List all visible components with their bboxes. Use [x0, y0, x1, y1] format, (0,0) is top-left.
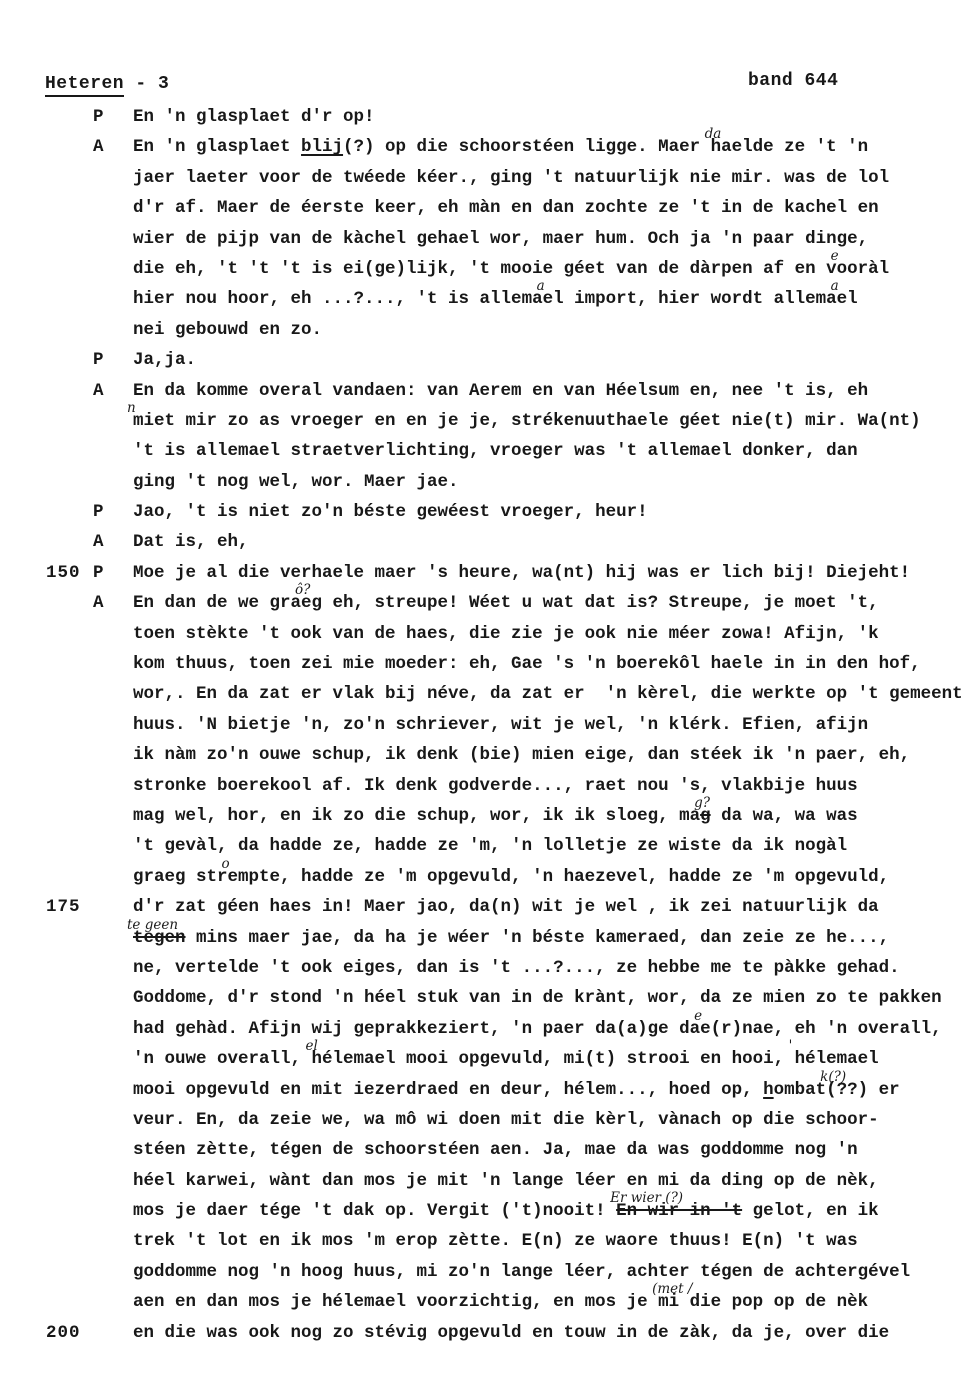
line-text: had gehàd. Afijn wij geprakkeziert, 'n p…: [133, 1014, 973, 1044]
speaker-label: [93, 740, 133, 770]
line-text: graeg stroempte, hadde ze 'm opgevuld, '…: [133, 862, 973, 892]
speaker-label: [93, 1105, 133, 1135]
typed-text: hélemael: [795, 1049, 879, 1069]
line-number: [0, 1287, 93, 1317]
line-number: [0, 193, 93, 223]
typed-text: 't gevàl, da hadde ze, hadde ze 'm, 'n l…: [133, 836, 847, 856]
transcript-line: PEn 'n glasplaet d'r op!: [0, 102, 973, 132]
line-number: [0, 1257, 93, 1287]
typed-text: haelde ze 't 'n: [711, 137, 869, 157]
typed-text: ik nàm zo'n ouwe schup, ik denk (bie) mi…: [133, 745, 910, 765]
line-text: En da komme overal vandaen: van Aerem en…: [133, 376, 973, 406]
speaker-label: [93, 1014, 133, 1044]
line-text: d'r af. Maer de éerste keer, eh màn en d…: [133, 193, 973, 223]
transcript-line: hier nou hoor, eh ...?..., 't is allemaa…: [0, 284, 973, 314]
line-text: Jao, 't is niet zo'n béste gewéest vroeg…: [133, 497, 973, 527]
typed-text: jaer laeter voor de twéede kéer., ging '…: [133, 168, 889, 188]
speaker-label: [93, 1135, 133, 1165]
speaker-label: [93, 436, 133, 466]
transcript-line: nei gebouwd en zo.: [0, 315, 973, 345]
speaker-label: [93, 1196, 133, 1226]
line-number: [0, 1044, 93, 1074]
transcript-line: stéen zètte, tégen de schoorstéen aen. J…: [0, 1135, 973, 1165]
transcript-line: graeg stroempte, hadde ze 'm opgevuld, '…: [0, 862, 973, 892]
line-number: [0, 497, 93, 527]
transcript-line: aen en dan mos je hélemael voorzichtig, …: [0, 1287, 973, 1317]
speaker-label: [93, 953, 133, 983]
speaker-label: P: [93, 345, 133, 375]
transcript-line: PJao, 't is niet zo'n béste gewéest vroe…: [0, 497, 973, 527]
speaker-label: [93, 284, 133, 314]
speaker-label: [93, 831, 133, 861]
line-number: 150: [0, 558, 93, 588]
document-page: Heteren - 3 band 644 PEn 'n glasplaet d'…: [0, 0, 973, 1391]
transcript-line: wor,. En da zat er vlak bij néve, da zat…: [0, 679, 973, 709]
typed-text: héel karwei, wànt dan mos je mit 'n lang…: [133, 1171, 879, 1191]
typed-text: had gehàd. Afijn wij geprakkeziert, 'n p…: [133, 1019, 700, 1039]
speaker-label: [93, 1166, 133, 1196]
speaker-label: [93, 710, 133, 740]
underlined-text: h: [763, 1080, 774, 1100]
speaker-label: P: [93, 558, 133, 588]
transcript-line: veur. En, da zeie we, wa mô wi doen mit …: [0, 1105, 973, 1135]
speaker-label: [93, 254, 133, 284]
typed-text: ne, vertelde 't ook eiges, dan is 't ...…: [133, 958, 900, 978]
line-number: [0, 1014, 93, 1044]
line-text: stéen zètte, tégen de schoorstéen aen. J…: [133, 1135, 973, 1165]
speaker-label: A: [93, 527, 133, 557]
typed-text: huus. 'N bietje 'n, zo'n schriever, wit …: [133, 715, 868, 735]
transcript-line: kom thuus, toen zei mie moeder: eh, Gae …: [0, 649, 973, 679]
line-number: [0, 983, 93, 1013]
line-number: [0, 284, 93, 314]
line-number: [0, 527, 93, 557]
transcript-line: AEn dan de we graô?eg eh, streupe! Wéet …: [0, 588, 973, 618]
transcript-line: goddomme nog 'n hoog huus, mi zo'n lange…: [0, 1257, 973, 1287]
transcript-line: 150PMoe je al die verhaele maer 's heure…: [0, 558, 973, 588]
line-number: [0, 102, 93, 132]
transcript-line: mos je daer tége 't dak op. Vergit ('t)n…: [0, 1196, 973, 1226]
typed-text: aen en dan mos je hélemael voorzichtig, …: [133, 1292, 658, 1312]
transcript-line: 't is allemael straetverlichting, vroege…: [0, 436, 973, 466]
line-number: 200: [0, 1318, 93, 1348]
line-text: héel karwei, wànt dan mos je mit 'n lang…: [133, 1166, 973, 1196]
typed-text: graeg str: [133, 867, 228, 887]
line-text: Goddome, d'r stond 'n héel stuk van in d…: [133, 983, 973, 1013]
line-number: [0, 224, 93, 254]
line-number: [0, 923, 93, 953]
line-text: veur. En, da zeie we, wa mô wi doen mit …: [133, 1105, 973, 1135]
typed-text: mooi opgevuld en mit iezerdraed en deur,…: [133, 1080, 763, 1100]
speaker-label: [93, 1044, 133, 1074]
line-number: [0, 406, 93, 436]
typed-text: el import, hier wordt allema: [543, 289, 837, 309]
line-text: aen en dan mos je hélemael voorzichtig, …: [133, 1287, 973, 1317]
transcript-line: héel karwei, wànt dan mos je mit 'n lang…: [0, 1166, 973, 1196]
transcript-line: 200en die was ook nog zo stévig opgevuld…: [0, 1318, 973, 1348]
line-number: [0, 771, 93, 801]
line-number: [0, 315, 93, 345]
typed-text: el: [837, 289, 858, 309]
line-number: [0, 132, 93, 162]
line-text: mos je daer tége 't dak op. Vergit ('t)n…: [133, 1196, 973, 1226]
typed-text: trek 't lot en ik mos 'm erop zètte. E(n…: [133, 1231, 858, 1251]
line-number: [0, 1226, 93, 1256]
underlined-text: blij: [301, 137, 343, 157]
speaker-label: A: [93, 588, 133, 618]
transcript-line: toen stèkte 't ook van de haes, die zie …: [0, 619, 973, 649]
transcript-line: mag wel, hor, en ik zo die schup, wor, i…: [0, 801, 973, 831]
line-text: trek 't lot en ik mos 'm erop zètte. E(n…: [133, 1226, 973, 1256]
typed-text: goddomme nog 'n hoog huus, mi zo'n lange…: [133, 1262, 910, 1282]
line-text: mag wel, hor, en ik zo die schup, wor, i…: [133, 801, 973, 831]
page-title-number: - 3: [124, 74, 169, 94]
typed-text: (?) op die schoorstéen ligge. Maer: [343, 137, 711, 157]
line-text: jaer laeter voor de twéede kéer., ging '…: [133, 163, 973, 193]
speaker-label: [93, 862, 133, 892]
typed-text: Dat is, eh,: [133, 532, 249, 552]
speaker-label: [93, 193, 133, 223]
transcript-line: ging 't nog wel, wor. Maer jae.: [0, 467, 973, 497]
speaker-label: [93, 1075, 133, 1105]
line-text: wor,. En da zat er vlak bij néve, da zat…: [133, 679, 973, 709]
speaker-label: [93, 679, 133, 709]
speaker-label: [93, 619, 133, 649]
typed-text: wier de pijp van de kàchel gehael wor, m…: [133, 229, 868, 249]
line-number: [0, 831, 93, 861]
typed-text: ombat: [774, 1080, 827, 1100]
typed-text: mag wel, hor, en ik zo die schup, wor, i…: [133, 806, 700, 826]
line-number: [0, 1075, 93, 1105]
line-number: [0, 376, 93, 406]
typed-text: 'n ouwe overall,: [133, 1049, 312, 1069]
line-text: wier de pijp van de kàchel gehael wor, m…: [133, 224, 973, 254]
typed-text: hélemael mooi opgevuld, mi(t) strooi en …: [312, 1049, 795, 1069]
line-text: te geentegen mins maer jae, da ha je wée…: [133, 923, 973, 953]
transcript-line: wier de pijp van de kàchel gehael wor, m…: [0, 224, 973, 254]
line-text: toen stèkte 't ook van de haes, die zie …: [133, 619, 973, 649]
typed-text: da wa, wa was: [711, 806, 858, 826]
line-text: en die was ook nog zo stévig opgevuld en…: [133, 1318, 973, 1348]
line-number: 175: [0, 892, 93, 922]
typed-text: kom thuus, toen zei mie moeder: eh, Gae …: [133, 654, 921, 674]
typed-text: toen stèkte 't ook van de haes, die zie …: [133, 624, 879, 644]
line-number: [0, 254, 93, 284]
line-text: mooi opgevuld en mit iezerdraed en deur,…: [133, 1075, 973, 1105]
line-number: [0, 1196, 93, 1226]
typed-text: ging 't nog wel, wor. Maer jae.: [133, 472, 459, 492]
transcript-line: AEn da komme overal vandaen: van Aerem e…: [0, 376, 973, 406]
typed-text: ooràl: [837, 259, 890, 279]
line-text: ik nàm zo'n ouwe schup, ik denk (bie) mi…: [133, 740, 973, 770]
typed-text: d'r zat géen haes in! Maer jao, da(n) wi…: [133, 897, 879, 917]
typed-text: en die was ook nog zo stévig opgevuld en…: [133, 1323, 889, 1343]
typed-text: hier nou hoor, eh ...?..., 't is allema: [133, 289, 543, 309]
line-text: En 'n glasplaet blij(?) op die schoorsté…: [133, 132, 973, 162]
line-number: [0, 679, 93, 709]
transcript-line: nmiet mir zo as vroeger en en je je, str…: [0, 406, 973, 436]
line-text: Ja,ja.: [133, 345, 973, 375]
typed-text: En da komme overal vandaen: van Aerem en…: [133, 381, 868, 401]
speaker-label: A: [93, 132, 133, 162]
line-text: die eh, 't 't 't is ei(ge)lijk, 't mooie…: [133, 254, 973, 284]
typed-text: En 'n glasplaet d'r op!: [133, 107, 375, 127]
speaker-label: P: [93, 102, 133, 132]
typed-text: stéen zètte, tégen de schoorstéen aen. J…: [133, 1140, 858, 1160]
speaker-label: [93, 467, 133, 497]
line-text: En 'n glasplaet d'r op!: [133, 102, 973, 132]
page-title: Heteren - 3: [45, 74, 169, 94]
typed-text: e(r)nae, eh 'n overall,: [700, 1019, 942, 1039]
line-text: goddomme nog 'n hoog huus, mi zo'n lange…: [133, 1257, 973, 1287]
transcript-line: mooi opgevuld en mit iezerdraed en deur,…: [0, 1075, 973, 1105]
typed-text: wor,. En da zat er vlak bij néve, da zat…: [133, 684, 963, 704]
typed-text: die eh, 't 't 't is ei(ge)lijk, 't mooie…: [133, 259, 837, 279]
line-text: stronke boerekool af. Ik denk godverde..…: [133, 771, 973, 801]
speaker-label: [93, 224, 133, 254]
typed-text: En dan de we gra: [133, 593, 301, 613]
speaker-label: [93, 163, 133, 193]
typed-text: mos je daer tége 't dak op. Vergit ('t)n…: [133, 1201, 616, 1221]
transcript-line: PJa,ja.: [0, 345, 973, 375]
typed-text: empte, hadde ze 'm opgevuld, 'n haezevel…: [228, 867, 890, 887]
line-number: [0, 588, 93, 618]
typed-text: gelot, en ik: [742, 1201, 879, 1221]
line-number: [0, 1105, 93, 1135]
line-text: 'n ouwe overall, elhélemael mooi opgevul…: [133, 1044, 973, 1074]
speaker-label: P: [93, 497, 133, 527]
transcript-line: huus. 'N bietje 'n, zo'n schriever, wit …: [0, 710, 973, 740]
speaker-label: [93, 1257, 133, 1287]
line-number: [0, 619, 93, 649]
transcript-line: die eh, 't 't 't is ei(ge)lijk, 't mooie…: [0, 254, 973, 284]
line-text: ne, vertelde 't ook eiges, dan is 't ...…: [133, 953, 973, 983]
transcript-line: Goddome, d'r stond 'n héel stuk van in d…: [0, 983, 973, 1013]
line-text: Dat is, eh,: [133, 527, 973, 557]
line-text: nei gebouwd en zo.: [133, 315, 973, 345]
transcript-line: te geentegen mins maer jae, da ha je wée…: [0, 923, 973, 953]
transcript-line: 't gevàl, da hadde ze, hadde ze 'm, 'n l…: [0, 831, 973, 861]
transcript-line: ne, vertelde 't ook eiges, dan is 't ...…: [0, 953, 973, 983]
speaker-label: [93, 1318, 133, 1348]
transcript-line: ADat is, eh,: [0, 527, 973, 557]
typed-text: mins maer jae, da ha je wéer 'n béste ka…: [186, 928, 890, 948]
band-label: band 644: [748, 71, 838, 91]
line-number: [0, 953, 93, 983]
speaker-label: [93, 983, 133, 1013]
transcript-line: d'r af. Maer de éerste keer, eh màn en d…: [0, 193, 973, 223]
typed-text: eg eh, streupe! Wéet u wat dat is? Streu…: [301, 593, 879, 613]
line-text: Moe je al die verhaele maer 's heure, wa…: [133, 558, 973, 588]
line-number: [0, 163, 93, 193]
line-text: En dan de we graô?eg eh, streupe! Wéet u…: [133, 588, 973, 618]
line-number: [0, 467, 93, 497]
typed-text: En 'n glasplaet: [133, 137, 301, 157]
transcript-line: had gehàd. Afijn wij geprakkeziert, 'n p…: [0, 1014, 973, 1044]
line-number: [0, 1135, 93, 1165]
line-text: ging 't nog wel, wor. Maer jae.: [133, 467, 973, 497]
line-number: [0, 710, 93, 740]
typed-text: stronke boerekool af. Ik denk godverde..…: [133, 776, 858, 796]
transcript-line: trek 't lot en ik mos 'm erop zètte. E(n…: [0, 1226, 973, 1256]
transcript-line: stronke boerekool af. Ik denk godverde..…: [0, 771, 973, 801]
line-number: [0, 862, 93, 892]
transcript-line: ik nàm zo'n ouwe schup, ik denk (bie) mi…: [0, 740, 973, 770]
transcript: PEn 'n glasplaet d'r op!AEn 'n glasplaet…: [0, 102, 973, 1348]
line-number: [0, 1166, 93, 1196]
typed-text: Goddome, d'r stond 'n héel stuk van in d…: [133, 988, 942, 1008]
line-text: 't is allemael straetverlichting, vroege…: [133, 436, 973, 466]
speaker-label: [93, 801, 133, 831]
typed-text: Moe je al die verhaele maer 's heure, wa…: [133, 563, 910, 583]
typed-text: Jao, 't is niet zo'n béste gewéest vroeg…: [133, 502, 648, 522]
line-number: [0, 801, 93, 831]
speaker-label: [93, 649, 133, 679]
line-number: [0, 436, 93, 466]
typed-text: miet mir zo as vroeger en en je je, stré…: [133, 411, 921, 431]
typed-text: Ja,ja.: [133, 350, 196, 370]
typed-text: veur. En, da zeie we, wa mô wi doen mit …: [133, 1110, 879, 1130]
line-text: nmiet mir zo as vroeger en en je je, str…: [133, 406, 973, 436]
line-text: kom thuus, toen zei mie moeder: eh, Gae …: [133, 649, 973, 679]
line-text: hier nou hoor, eh ...?..., 't is allemaa…: [133, 284, 973, 314]
speaker-label: [93, 1287, 133, 1317]
speaker-label: [93, 771, 133, 801]
line-text: 't gevàl, da hadde ze, hadde ze 'm, 'n l…: [133, 831, 973, 861]
typed-text: d'r af. Maer de éerste keer, eh màn en d…: [133, 198, 879, 218]
transcript-line: jaer laeter voor de twéede kéer., ging '…: [0, 163, 973, 193]
line-number: [0, 649, 93, 679]
typed-text: 't is allemael straetverlichting, vroege…: [133, 441, 858, 461]
typed-text: nei gebouwd en zo.: [133, 320, 322, 340]
line-number: [0, 345, 93, 375]
line-text: d'r zat géen haes in! Maer jao, da(n) wi…: [133, 892, 973, 922]
speaker-label: [93, 1226, 133, 1256]
line-number: [0, 740, 93, 770]
page-title-location: Heteren: [45, 74, 124, 97]
speaker-label: [93, 315, 133, 345]
transcript-line: AEn 'n glasplaet blij(?) op die schoorst…: [0, 132, 973, 162]
line-text: huus. 'N bietje 'n, zo'n schriever, wit …: [133, 710, 973, 740]
